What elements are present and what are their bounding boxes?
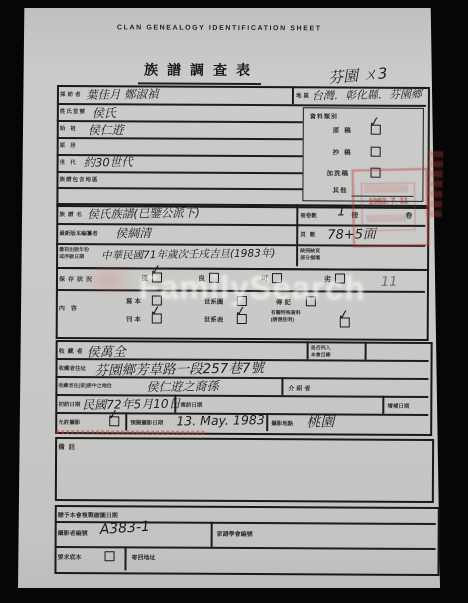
- red-edge-stamp: [426, 151, 444, 217]
- society-number-label: 家譜學會編號: [217, 529, 253, 538]
- remarks-box: [55, 437, 434, 503]
- filming-place-value: 桃園: [306, 411, 334, 431]
- material-original-checkmark: ✓: [368, 114, 382, 131]
- sheet-header-title: CLAN GENEALOGY IDENTIFICATION SHEET: [0, 24, 438, 33]
- filming-date-label: 預擬攝影日期: [130, 418, 163, 426]
- grid-line: [266, 413, 268, 431]
- surname-hall-value: 侯氏: [92, 104, 116, 121]
- missing-parts-label-line2: 部分損壞: [300, 254, 320, 261]
- volumes-value: 1: [337, 204, 346, 219]
- contents-pedigree-table-label: 世系表: [204, 315, 224, 324]
- grid-line: [296, 204, 298, 266]
- origin-label: 原居: [60, 141, 81, 149]
- coverage-area-label: 族譜包含地區: [59, 175, 98, 183]
- holder-address-label: 收藏者住址: [58, 364, 86, 372]
- holder-label: 收藏者: [59, 346, 86, 355]
- first-visit-label: 初訪日期: [58, 400, 80, 408]
- margin-handwritten-note: 11: [381, 275, 398, 290]
- holder-position-label: 收藏者在(家)族中之地位: [58, 382, 111, 389]
- red-stamp-text-line: [56, 430, 204, 435]
- grid-line: [124, 546, 126, 570]
- form-area: CLAN GENEALOGY IDENTIFICATION SHEET 族譜調查…: [0, 0, 468, 603]
- faint-red-stamp-bleed: [71, 256, 145, 304]
- listed-in-catalog-label-line2: 本會目錄: [311, 351, 331, 358]
- grid-line: [365, 342, 367, 360]
- grid-line: [281, 377, 283, 395]
- area-value: 台灣．彰化縣．芬園鄉: [312, 86, 422, 104]
- surname-hall-label: 姓氏堂號: [60, 107, 86, 115]
- contents-special-checkmark: ✓: [337, 307, 351, 324]
- request-original-label: 要求底本: [58, 552, 82, 561]
- material-other-label: 其他: [332, 185, 347, 194]
- filming-permission-label: 允許攝影: [58, 418, 80, 426]
- revisit-label: 複訪日期: [180, 401, 202, 409]
- material-copy-checkbox: [371, 147, 381, 157]
- first-ancestor-value: 侯仁逰: [88, 121, 124, 139]
- grid-line: [125, 412, 127, 430]
- grid-line: [307, 341, 309, 359]
- familysearch-watermark: FamilySearch: [139, 268, 366, 307]
- photographer-number-label: 攝影者編號: [58, 528, 88, 537]
- form-title: 族譜調查表: [138, 59, 261, 85]
- holder-position-value: 侯仁逰之裔孫: [146, 377, 218, 395]
- material-copy-label: 抄稿: [333, 147, 356, 156]
- contents-print-label: 刊本: [126, 314, 143, 323]
- filming-permission-checkmark: ✓: [106, 407, 120, 424]
- holder-address-value: 芬園鄉芳草路一段257巷7號: [94, 356, 264, 379]
- stamp-smudge: [364, 184, 408, 193]
- contents-label: 內容: [59, 303, 83, 312]
- red-date-stamp: 1983. 7. 11: [352, 168, 430, 248]
- donation-header-label: 贈予本會複製縮圖日期: [58, 510, 118, 519]
- photographer-number-value: A383-1: [99, 519, 150, 538]
- latest-compiler-label: 最新版本編纂者: [59, 229, 98, 237]
- material-class-title: 資料類別: [310, 111, 338, 120]
- grid-line: [174, 395, 176, 413]
- supplement-label: 增補日期: [387, 402, 409, 410]
- introducer-label: 介紹者: [288, 383, 312, 392]
- generations-label: 世代: [60, 158, 81, 166]
- return-address-label: 寄回地址: [132, 552, 156, 561]
- first-visit-value: 民國72年5月10日: [82, 395, 180, 414]
- latest-compiler-value: 侯綢清: [115, 224, 151, 242]
- genealogy-title-label: 族譜名: [59, 210, 85, 218]
- filming-place-label: 攝影地點: [271, 419, 293, 427]
- stamp-smudge: [367, 214, 407, 222]
- area-label: 地區: [296, 91, 311, 99]
- grid-line: [382, 396, 384, 414]
- request-original-checkbox: [105, 551, 115, 561]
- red-stamp-date: 1983. 7. 11: [358, 196, 418, 206]
- first-ancestor-label: 始祖: [60, 124, 81, 132]
- interviewer-value: 葉佳月 鄭淑禎: [86, 86, 159, 103]
- generations-value: 約30世代: [83, 154, 132, 171]
- grid-line: [211, 522, 213, 547]
- genealogy-title-value: 侯氏族譜(巳鑒公派下): [87, 205, 200, 223]
- material-reprint-label: 加洗稿: [327, 168, 350, 177]
- pages-label: 頁數: [300, 230, 319, 238]
- top-right-handwritten-note: 芬園 ㄨ3: [327, 62, 388, 88]
- filming-date-value: 13. May. 1983: [176, 412, 265, 428]
- scanned-genealogy-sheet: CLAN GENEALOGY IDENTIFICATION SHEET 族譜調查…: [0, 0, 468, 603]
- material-original-label: 原稿: [333, 125, 356, 134]
- volumes-label: 冊卷數: [300, 211, 317, 219]
- interviewer-label: 採訪者: [60, 90, 83, 98]
- contents-special-label-line2: (請便註明): [271, 316, 294, 323]
- grid-line: [292, 86, 294, 104]
- remarks-label: 備註: [58, 442, 79, 451]
